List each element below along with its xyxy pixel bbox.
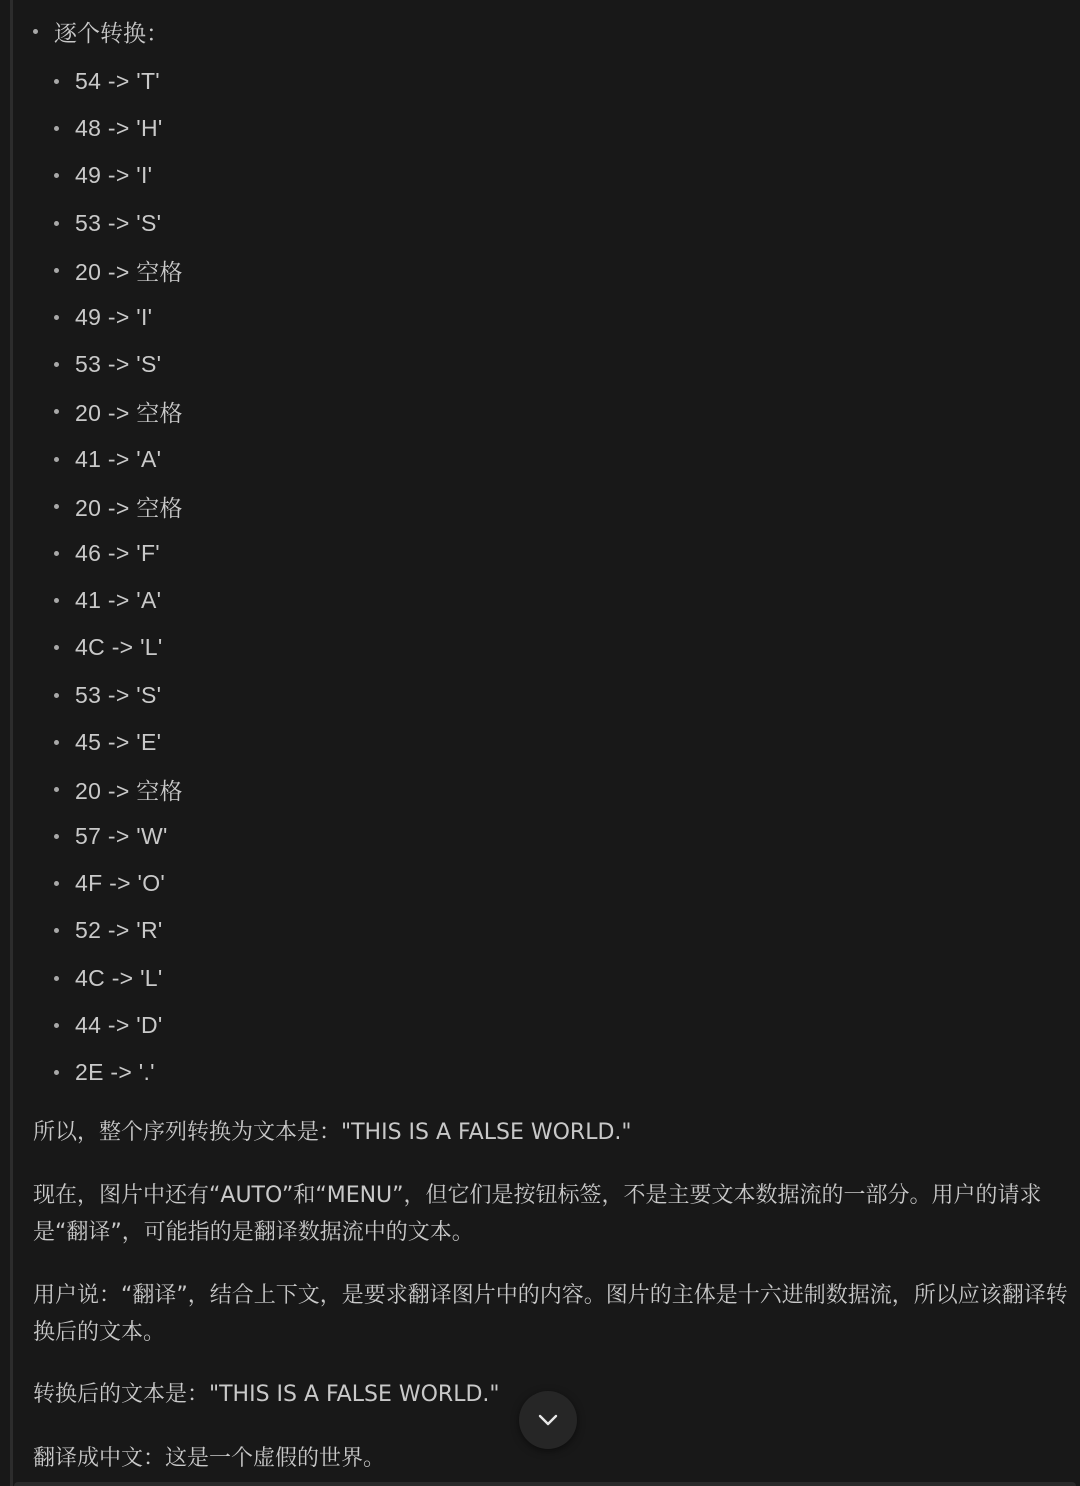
conversion-text: 49 -> 'I'	[75, 162, 152, 189]
conversion-text: 20 -> 空格	[75, 773, 183, 806]
bullet-icon	[54, 976, 59, 981]
conversion-list: 54 -> 'T' 48 -> 'H' 49 -> 'I' 53 -> 'S' …	[54, 58, 183, 1096]
list-item-label: 逐个转换：	[54, 15, 169, 48]
bullet-icon	[54, 315, 59, 320]
list-item: 49 -> 'I'	[54, 294, 183, 341]
list-item: 45 -> 'E'	[54, 719, 183, 766]
conversion-text: 57 -> 'W'	[75, 823, 168, 850]
conversion-text: 48 -> 'H'	[75, 115, 163, 142]
paragraph-buttons-note: 现在，图片中还有“AUTO”和“MENU”，但它们是按钮标签，不是主要文本数据流…	[33, 1177, 1078, 1251]
list-item: 46 -> 'F'	[54, 530, 183, 577]
bullet-icon	[54, 598, 59, 603]
bullet-icon	[54, 787, 59, 792]
conversion-text: 41 -> 'A'	[75, 587, 161, 614]
bullet-icon	[54, 1070, 59, 1075]
conversion-text: 45 -> 'E'	[75, 729, 161, 756]
conversion-text: 20 -> 空格	[75, 490, 183, 523]
list-item: 20 -> 空格	[54, 388, 183, 435]
conversion-text: 41 -> 'A'	[75, 446, 161, 473]
bullet-icon	[33, 29, 38, 34]
conversion-text: 4F -> 'O'	[75, 870, 165, 897]
list-item: 53 -> 'S'	[54, 671, 183, 718]
bullet-icon	[54, 881, 59, 886]
bullet-icon	[54, 126, 59, 131]
list-item: 4F -> 'O'	[54, 860, 183, 907]
list-item: 4C -> 'L'	[54, 955, 183, 1002]
conversion-text: 54 -> 'T'	[75, 68, 160, 95]
paragraph-summary: 所以，整个序列转换为文本是："THIS IS A FALSE WORLD."	[33, 1114, 1078, 1151]
bullet-icon	[54, 221, 59, 226]
bullet-icon	[54, 504, 59, 509]
bullet-icon	[54, 834, 59, 839]
list-item: 53 -> 'S'	[54, 200, 183, 247]
scroll-to-bottom-button[interactable]	[519, 1391, 577, 1449]
conversion-text: 44 -> 'D'	[75, 1012, 163, 1039]
conversion-text: 49 -> 'I'	[75, 304, 152, 331]
list-item-conversion-header: 逐个转换：	[33, 12, 169, 50]
list-item: 2E -> '.'	[54, 1049, 183, 1096]
conversion-text: 53 -> 'S'	[75, 682, 161, 709]
paragraph-user-intent: 用户说：“翻译”，结合上下文，是要求翻译图片中的内容。图片的主体是十六进制数据流…	[33, 1277, 1078, 1351]
bullet-icon	[54, 173, 59, 178]
list-item: 4C -> 'L'	[54, 624, 183, 671]
bullet-icon	[54, 740, 59, 745]
conversion-text: 46 -> 'F'	[75, 540, 160, 567]
list-item: 53 -> 'S'	[54, 341, 183, 388]
list-item: 20 -> 空格	[54, 766, 183, 813]
bullet-icon	[54, 268, 59, 273]
list-item: 20 -> 空格	[54, 483, 183, 530]
input-area-edge	[14, 1482, 1076, 1486]
conversion-text: 4C -> 'L'	[75, 965, 163, 992]
list-item: 41 -> 'A'	[54, 577, 183, 624]
list-item: 20 -> 空格	[54, 247, 183, 294]
conversion-text: 4C -> 'L'	[75, 634, 163, 661]
list-item: 54 -> 'T'	[54, 58, 183, 105]
conversion-text: 20 -> 空格	[75, 254, 183, 287]
bullet-icon	[54, 457, 59, 462]
bullet-icon	[54, 928, 59, 933]
bullet-icon	[54, 362, 59, 367]
bullet-icon	[54, 409, 59, 414]
conversion-text: 53 -> 'S'	[75, 210, 161, 237]
list-item: 44 -> 'D'	[54, 1002, 183, 1049]
conversion-text: 20 -> 空格	[75, 395, 183, 428]
list-item: 41 -> 'A'	[54, 436, 183, 483]
list-item: 48 -> 'H'	[54, 105, 183, 152]
list-item: 49 -> 'I'	[54, 152, 183, 199]
bullet-icon	[54, 645, 59, 650]
list-item: 52 -> 'R'	[54, 907, 183, 954]
bullet-icon	[54, 1023, 59, 1028]
chevron-down-icon	[537, 1413, 559, 1427]
bullet-icon	[54, 79, 59, 84]
bullet-icon	[54, 551, 59, 556]
conversion-text: 52 -> 'R'	[75, 917, 163, 944]
conversion-text: 53 -> 'S'	[75, 351, 161, 378]
list-item: 57 -> 'W'	[54, 813, 183, 860]
conversion-text: 2E -> '.'	[75, 1059, 155, 1086]
bullet-icon	[54, 693, 59, 698]
